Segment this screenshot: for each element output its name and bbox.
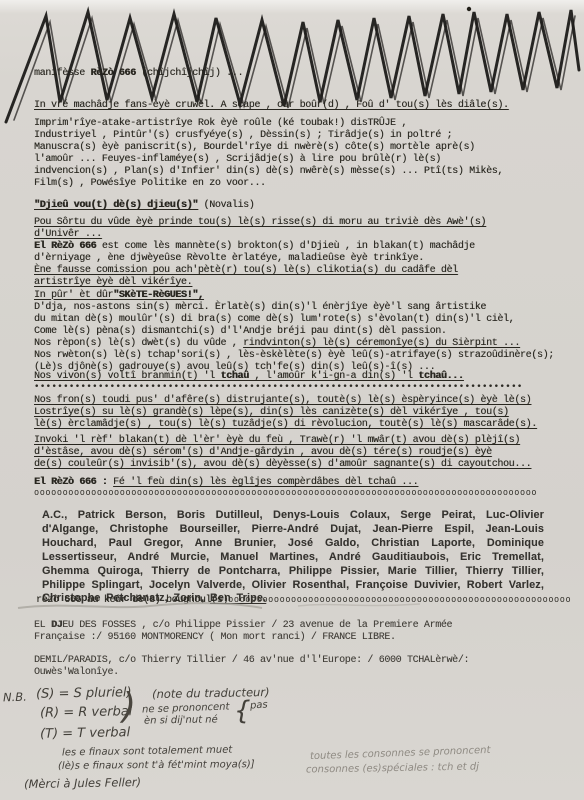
manifesto-line: Nos rwèton(s) lè(s) tchap'sori(s) , lès-…	[34, 350, 554, 362]
finale-rest: Fé 'l feù din(s) lès èglîjes compèrdâbes…	[113, 477, 418, 488]
manifesto-line: Nos fron(s) toudi pus' d'afêre(s) distru…	[34, 395, 554, 407]
title-post: (chîjchîjchîj) ...	[136, 68, 243, 79]
manifesto-line: d'èrniyage , ène djwèyeûse Rèvolte èrlat…	[34, 253, 554, 265]
note-pas: pas	[250, 699, 268, 711]
manifesto-line: In pûr' èt dûr"SKèTE-RèGUES!",	[34, 290, 554, 302]
tchau-seg: Nos vivon(s) voltî branmin(t) 'l	[34, 371, 220, 382]
manifesto-line: du mitan dè(s) moulûr'(s) di bra(s) come…	[34, 314, 554, 326]
rezo-666-lead: El RèZò 666	[34, 241, 96, 252]
tchau-bold: tchaû...	[418, 371, 463, 382]
tchau-bold: tchaû	[220, 371, 248, 382]
manifesto-line: Ène fausse comission pou ach'pètè(r) tou…	[34, 265, 554, 277]
dotted-rule: ••••••••••••••••••••••••••••••••••••••••…	[34, 383, 554, 392]
manifesto-line: artistrîye èyè dèl vikérîye.	[34, 277, 554, 289]
addr1-lead: EL	[34, 620, 51, 631]
manifesto-line: Pou Sôrtu du vûde èyè prinde tou(s) lè(s…	[34, 217, 554, 229]
novalis-quote-line: "Djieû vou(t) dè(s) djieu(s)" (Novalis)	[34, 194, 554, 212]
manifesto-line: Lostrîye(s) su lè(s) grandè(s) lèpe(s), …	[34, 407, 554, 419]
manifesto-body: Pou Sôrtu du vûde èyè prinde tou(s) lè(s…	[34, 217, 554, 374]
page-title: manifèsse RèZò 666 (chîjchîjchîj) ...	[34, 68, 243, 79]
novalis-quote: "Djieû vou(t) dè(s) djieu(s)"	[34, 200, 198, 211]
title-pre: manifèsse	[34, 68, 91, 79]
paragraph-line: Industriyel , Pintûr'(s) crusfyéye(s) , …	[34, 130, 554, 142]
note-finals-walloon: (lè)s e finaux sont t'à fét'mint moya(s)…	[58, 759, 255, 772]
grouping-brace: {	[234, 696, 251, 726]
note-translator: (note du traducteur)	[152, 685, 270, 701]
manifesto-line: Come lè(s) pèna(s) dismantchi(s) d'l'And…	[34, 326, 554, 338]
manifesto-line: d'Univêr ...	[34, 229, 554, 241]
note-merci-feller: (Mèrci à Jules Feller)	[24, 775, 141, 791]
intro-line: In vré machâdje fans-èyè cruwèl. A scape…	[34, 94, 554, 112]
grouping-paren: )	[122, 686, 136, 727]
dotted-rule-small: oooooooooooooooooooooooooooooooooooooooo…	[34, 489, 554, 498]
manifesto-line: Nos rèpon(s) lè(s) dwèt(s) du vûde , rin…	[34, 338, 554, 350]
tchau-line: Nos vivon(s) voltî branmin(t) 'l tchaû ,…	[34, 371, 554, 383]
paragraph-line: l'amoûr ... Feuyes-inflaméye(s) , Scrijâ…	[34, 154, 554, 166]
paragraph-line: Manuscra(s) èyè paniscrit(s), Bourdel'rî…	[34, 142, 554, 154]
manifesto-line: lè(s) èrclamâdje(s) , tou(s) lè(s) tuzâd…	[34, 419, 554, 431]
note-t-verbal: (T) = T verbal	[40, 725, 130, 742]
manifesto-line: El RèZò 666 est come lès mannète(s) brok…	[34, 241, 554, 253]
address-line: Ouwès'Walonîye.	[34, 667, 554, 679]
address-line: EL DJEU DES FOSSES , c/o Philippe Pissie…	[34, 620, 554, 632]
addr1-rest: EU DES FOSSES , c/o Philippe Pissier / 2…	[62, 620, 452, 631]
note-finals-muet: les e finaux sont totalement muet	[62, 745, 232, 759]
novalis-attribution: (Novalis)	[198, 200, 255, 211]
ink-dot	[467, 7, 471, 11]
note-r-verbal: (R) = R verbal	[40, 704, 133, 721]
scanned-manifesto-page: manifèsse RèZò 666 (chîjchîjchîj) ... In…	[0, 0, 584, 800]
pencil-scribble	[0, 598, 584, 620]
note-consonnes-1: toutes les consonnes se prononcent	[310, 745, 491, 762]
tchau-seg: , l'amoûr k'i-gn-a din(s) 'l	[249, 371, 419, 382]
manifesto-line: D'dja, nos-astons sin(s) mèrci. Èrlatè(s…	[34, 302, 554, 314]
repons-plain: Nos rèpon(s) lè(s) dwèt(s) du vûde ,	[34, 338, 243, 349]
repons-underlined: rindvinton(s) lè(s) céremonîye(s) du Siè…	[243, 338, 520, 349]
paragraph-line: Imprim'rîye-atake-artistrîye Rok èyè roû…	[34, 118, 554, 130]
title-bold: RèZò 666	[91, 68, 136, 79]
skete-regues: "SKèTE-RèGUES!",	[113, 290, 203, 301]
skete-pre: In pûr' èt dûr	[34, 290, 113, 301]
addr1-bold-dj: DJ	[51, 620, 62, 631]
manifesto-line: Invoki 'l rèf' blakan(t) dè l'èr' èyè du…	[34, 435, 554, 447]
scribble-stroke	[18, 603, 262, 608]
address-djeu-des-fosses: EL DJEU DES FOSSES , c/o Philippe Pissie…	[34, 620, 554, 644]
manifesto-line: de(s) couleûr(s) invisib'(s), avou dè(s)…	[34, 459, 554, 471]
title-line: manifèsse RèZò 666 (chîjchîjchîj) ...	[34, 62, 554, 80]
finale-line: El RèZò 666 : Fé 'l feù din(s) lès èglîj…	[34, 477, 554, 489]
paragraph-line: indvencion(s) , Plan(s) d'Infier' din(s)…	[34, 166, 554, 178]
note-en-si-dijnut: èn si dij'nut né	[144, 714, 218, 726]
intro-sentence: In vré machâdje fans-èyè cruwèl. A scape…	[34, 100, 509, 111]
invoki-paragraph: Invoki 'l rèf' blakan(t) dè l'èr' èyè du…	[34, 435, 554, 471]
paragraph-artistry: Imprim'rîye-atake-artistrîye Rok èyè roû…	[34, 118, 554, 191]
address-demil-paradis: DEMIL/PARADIS, c/o Thierry Tillier / 46 …	[34, 655, 554, 679]
finale-block: El RèZò 666 : Fé 'l feù din(s) lès èglîj…	[34, 477, 554, 498]
nb-label: N.B.	[3, 690, 27, 705]
address-line: DEMIL/PARADIS, c/o Thierry Tillier / 46 …	[34, 655, 554, 667]
handwritten-notes: N.B. (S) = S pluriel) (note du traducteu…	[0, 684, 584, 800]
address-line: Française :/ 95160 MONTMORENCY ( Mon mor…	[34, 632, 554, 644]
frons-paragraph: Nos fron(s) toudi pus' d'afêre(s) distru…	[34, 395, 554, 431]
scribble-stroke-2	[298, 604, 420, 606]
manifesto-line: d'èstâse, avou dè(s) sérom'(s) d'Andje-g…	[34, 447, 554, 459]
finale-lead: El RèZò 666 :	[34, 477, 113, 488]
paragraph-line: Film(s) , Powésîye Politike en zo voor..…	[34, 178, 554, 190]
note-consonnes-2: consonnes (es)spéciales : tch et dj	[306, 761, 479, 775]
rezo-rest: est come lès mannète(s) brokton(s) d'Dji…	[96, 241, 475, 252]
note-s-plural: (S) = S pluriel)	[36, 685, 132, 702]
tchau-line-block: Nos vivon(s) voltî branmin(t) 'l tchaû ,…	[34, 371, 554, 392]
